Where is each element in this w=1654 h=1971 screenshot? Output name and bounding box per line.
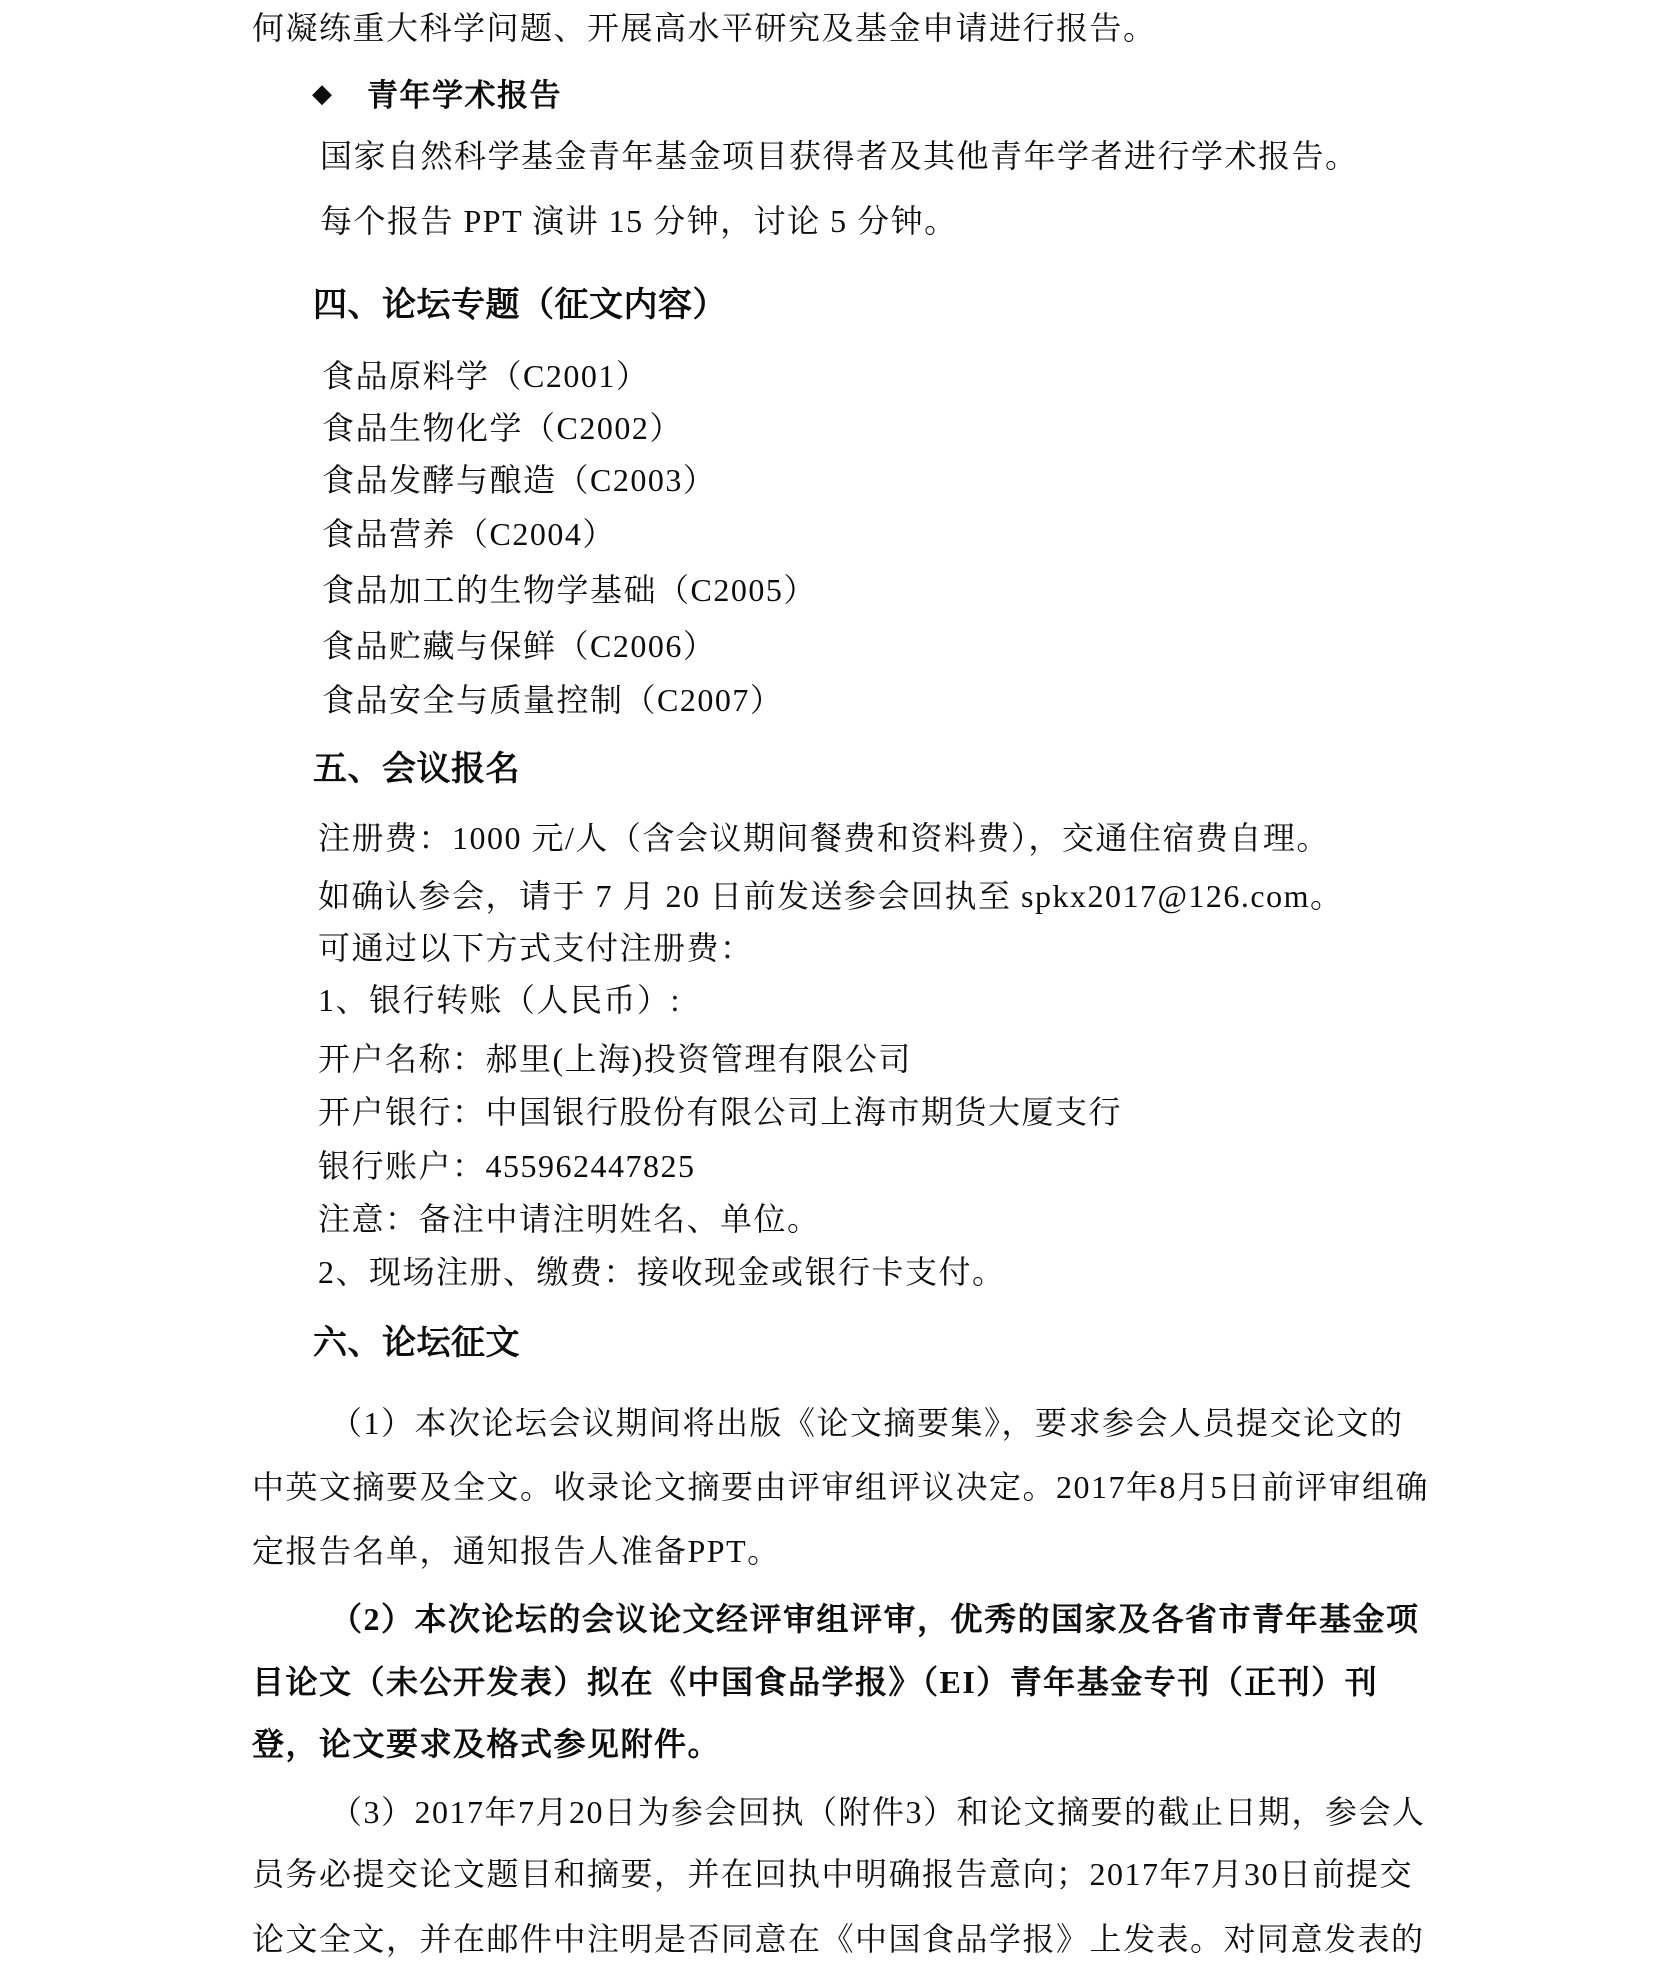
bank-transfer-line: 1、银行转账（人民币）: — [318, 982, 681, 1018]
account-number-line: 银行账户：455962447825 — [318, 1148, 696, 1184]
section4-heading: 四、论坛专题（征文内容） — [313, 287, 727, 323]
account-name-line: 开户名称：郝里(上海)投资管理有限公司 — [318, 1041, 912, 1077]
diamond-bullet-icon: ◆ — [312, 76, 334, 112]
intro-body-line: 每个报告 PPT 演讲 15 分钟，讨论 5 分钟。 — [320, 203, 958, 239]
para2-line: （2）本次论坛的会议论文经评审组评审，优秀的国家及各省市青年基金项 — [330, 1601, 1420, 1637]
section6-heading: 六、论坛征文 — [313, 1325, 520, 1361]
intro-body-line: 国家自然科学基金青年基金项目获得者及其他青年学者进行学术报告。 — [320, 138, 1359, 174]
topic-item: 食品营养（C2004） — [322, 516, 616, 552]
registration-fee-line: 注册费：1000 元/人（含会议期间餐费和资料费），交通住宿费自理。 — [318, 820, 1330, 856]
bullet-heading-youth-report: 青年学术报告 — [367, 78, 562, 114]
topic-item: 食品发酵与酿造（C2003） — [322, 462, 716, 498]
reply-email-line: 如确认参会，请于 7 月 20 日前发送参会回执至 spkx2017@126.c… — [318, 878, 1344, 914]
payment-intro-line: 可通过以下方式支付注册费： — [318, 930, 754, 966]
para1-line: 中英文摘要及全文。收录论文摘要由评审组评议决定。2017年8月5日前评审组确 — [252, 1469, 1429, 1505]
onsite-payment-line: 2、现场注册、缴费：接收现金或银行卡支付。 — [318, 1254, 1006, 1290]
intro-continuation-line: 何凝练重大科学问题、开展高水平研究及基金申请进行报告。 — [252, 10, 1157, 46]
section5-heading: 五、会议报名 — [313, 751, 520, 787]
topic-item: 食品贮藏与保鲜（C2006） — [322, 628, 716, 664]
para1-line: （1）本次论坛会议期间将出版《论文摘要集》，要求参会人员提交论文的 — [330, 1405, 1404, 1441]
topic-item: 食品加工的生物学基础（C2005） — [322, 572, 817, 608]
topic-item: 食品安全与质量控制（C2007） — [322, 682, 783, 718]
document-page: 何凝练重大科学问题、开展高水平研究及基金申请进行报告。 ◆ 青年学术报告 国家自… — [0, 0, 1654, 1971]
topic-item: 食品原料学（C2001） — [322, 358, 649, 394]
para3-line: 员务必提交论文题目和摘要，并在回执中明确报告意向；2017年7月30日前提交 — [252, 1856, 1413, 1892]
para2-line: 目论文（未公开发表）拟在《中国食品学报》（EI）青年基金专刊（正刊）刊 — [252, 1664, 1378, 1700]
bank-name-line: 开户银行：中国银行股份有限公司上海市期货大厦支行 — [318, 1094, 1122, 1130]
para3-line: （3）2017年7月20日为参会回执（附件3）和论文摘要的截止日期，参会人 — [330, 1794, 1426, 1830]
para3-line: 论文全文，并在邮件中注明是否同意在《中国食品学报》上发表。对同意发表的 — [252, 1921, 1425, 1957]
note-line: 注意：备注中请注明姓名、单位。 — [318, 1201, 821, 1237]
para1-line: 定报告名单，通知报告人准备PPT。 — [252, 1533, 781, 1569]
topic-item: 食品生物化学（C2002） — [322, 410, 683, 446]
para2-line: 登，论文要求及格式参见附件。 — [252, 1726, 721, 1762]
